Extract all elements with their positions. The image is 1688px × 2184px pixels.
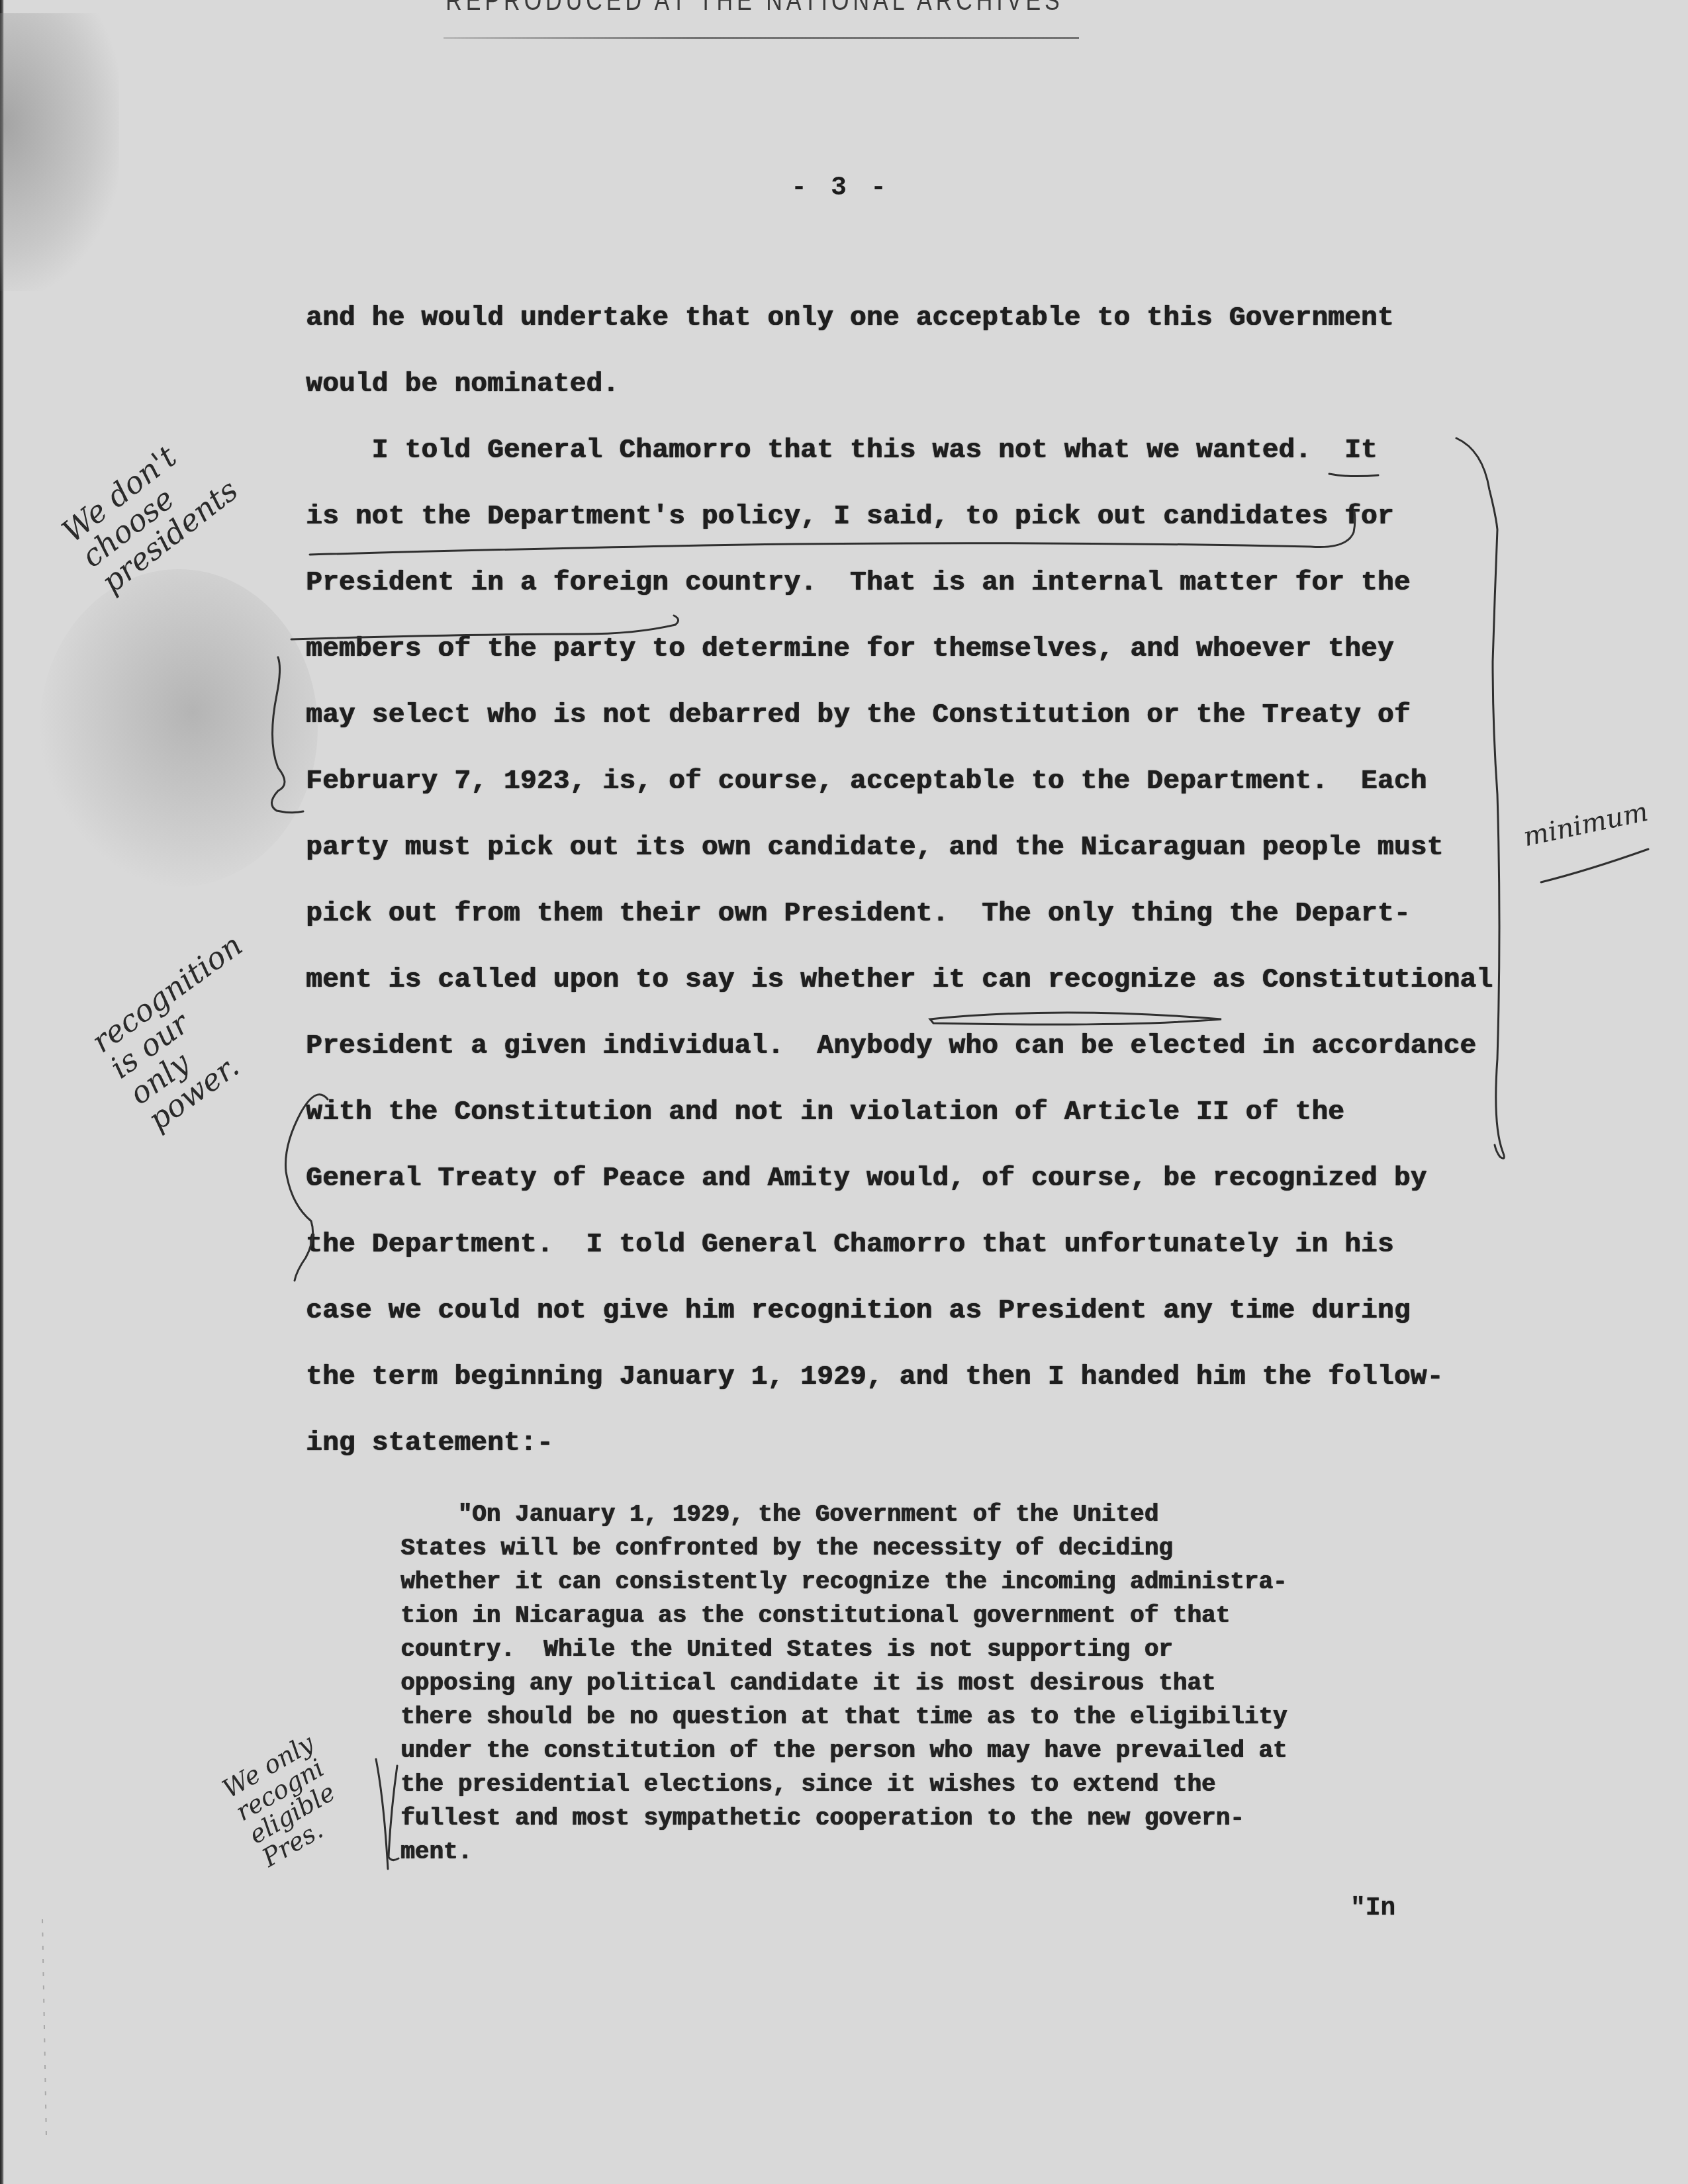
- body-line: members of the party to determine for th…: [306, 634, 1394, 664]
- quote-line: ment.: [400, 1839, 472, 1866]
- handwritten-note-minimum: minimum: [1521, 798, 1650, 852]
- body-line: case we could not give him recognition a…: [306, 1296, 1411, 1326]
- body-line: the term beginning January 1, 1929, and …: [306, 1362, 1443, 1392]
- oval-underline-recognize: [930, 1013, 1221, 1024]
- body-line: with the Constitution and not in violati…: [306, 1097, 1344, 1128]
- body-line: party must pick out its own candidate, a…: [306, 833, 1443, 863]
- body-line: would be nominated.: [306, 369, 619, 400]
- page-number: - 3 -: [761, 173, 920, 203]
- quote-line: "On January 1, 1929, the Government of t…: [400, 1501, 1158, 1528]
- body-line: President a given individual. Anybody wh…: [306, 1031, 1476, 1062]
- body-line: ment is called upon to say is whether it…: [306, 965, 1493, 995]
- quote-line: opposing any political candidate it is m…: [400, 1670, 1215, 1697]
- margin-double-bar-quote-2: [389, 1766, 399, 1860]
- underline-it: [1329, 474, 1378, 477]
- scan-edge-shadow: [0, 0, 4, 2184]
- quote-line: fullest and most sympathetic cooperation…: [400, 1805, 1244, 1832]
- quote-line: States will be confronted by the necessi…: [400, 1535, 1173, 1562]
- quote-line: under the constitution of the person who…: [400, 1737, 1287, 1764]
- handwritten-note-choose-presidents: We don't choose presidents: [56, 423, 244, 598]
- body-line: General Treaty of Peace and Amity would,…: [306, 1163, 1427, 1194]
- quote-line: whether it can consistently recognize th…: [400, 1569, 1287, 1596]
- handwritten-note-recognition-power: recognition is our only power.: [86, 929, 305, 1136]
- archive-header-rule: [444, 37, 1079, 39]
- quote-line: country. While the United States is not …: [400, 1636, 1173, 1663]
- body-line: is not the Department's policy, I said, …: [306, 502, 1394, 532]
- body-line: President in a foreign country. That is …: [306, 568, 1411, 598]
- page-continuation-catchword: "In: [1350, 1894, 1395, 1923]
- quote-line: there should be no question at that time…: [400, 1704, 1287, 1731]
- scan-smudge-top-left: [0, 13, 119, 291]
- scan-smudge-left-margin: [40, 569, 318, 887]
- handwritten-note-recognize-eligible: We only recogni eligible Pres.: [218, 1730, 358, 1872]
- body-line: February 7, 1923, is, of course, accepta…: [306, 766, 1427, 797]
- underline-minimum: [1541, 849, 1648, 882]
- body-line: may select who is not debarred by the Co…: [306, 700, 1411, 731]
- body-line: the Department. I told General Chamorro …: [306, 1230, 1394, 1260]
- archive-header-stamp: REPRODUCED AT THE NATIONAL ARCHIVES: [424, 0, 1086, 17]
- quote-line: tion in Nicaragua as the constitutional …: [400, 1602, 1230, 1629]
- body-line: pick out from them their own President. …: [306, 899, 1411, 929]
- body-line: I told General Chamorro that this was no…: [306, 435, 1378, 466]
- body-line: ing statement:-: [306, 1428, 553, 1459]
- quote-line: the presidential elections, since it wis…: [400, 1771, 1215, 1798]
- margin-double-bar-quote: [376, 1759, 388, 1869]
- body-line: and he would undertake that only one acc…: [306, 303, 1394, 334]
